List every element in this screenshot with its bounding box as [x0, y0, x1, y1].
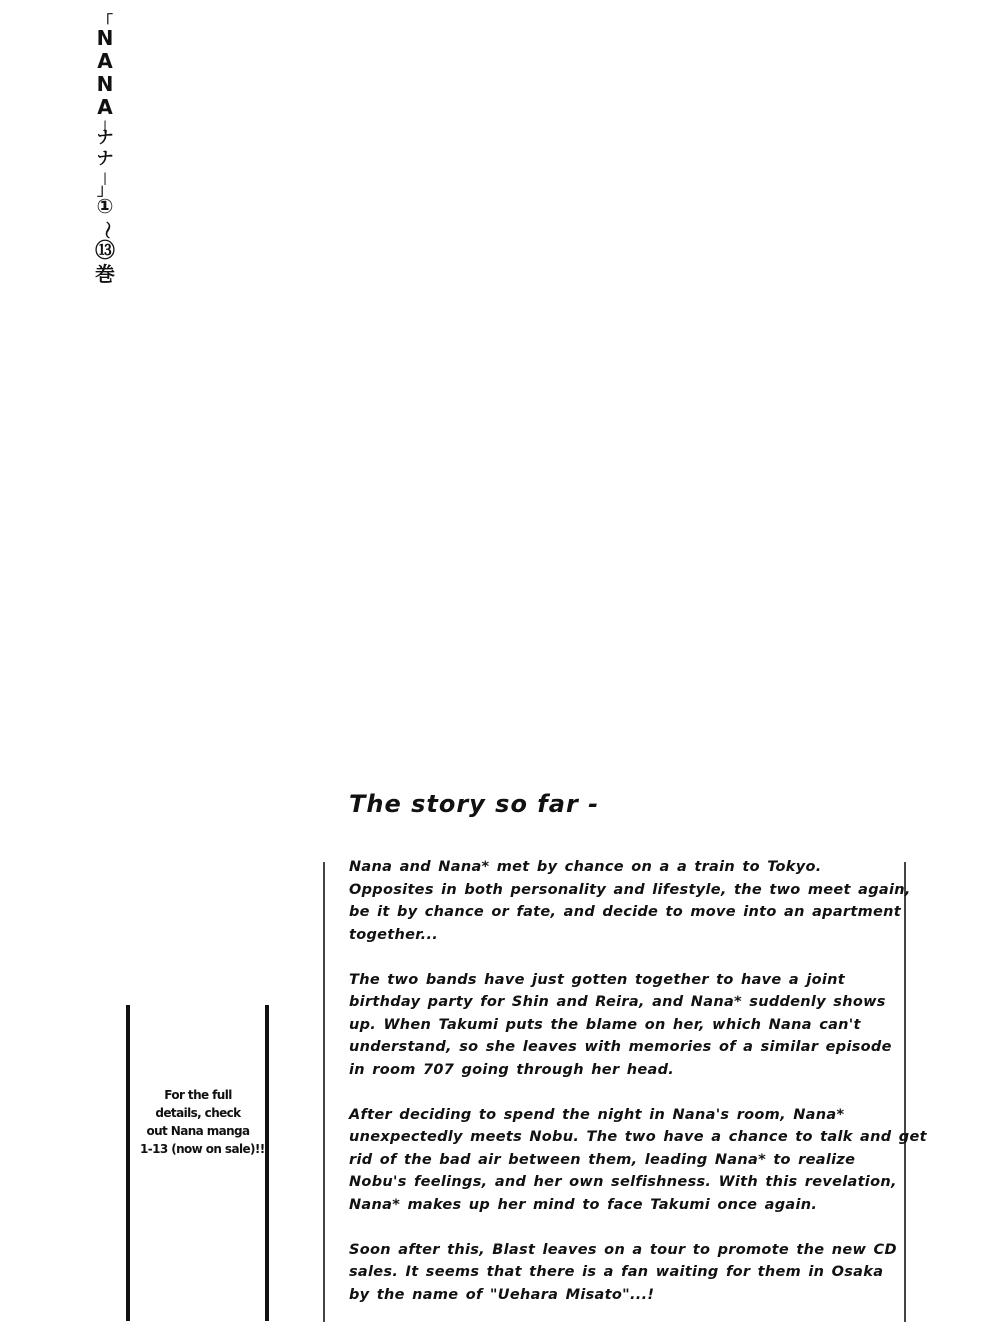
text-line: sales. It seems that there is a fan wait…	[349, 1261, 889, 1284]
story-paragraph: Nana and Nana* met by chance on a a trai…	[349, 856, 889, 946]
title-letter: N	[97, 74, 114, 97]
text-line: in room 707 going through her head.	[349, 1059, 889, 1082]
story-paragraph: The two bands have just gotten together …	[349, 969, 889, 1082]
text-line: For the full	[140, 1086, 256, 1104]
side-note-right-rule	[265, 1005, 269, 1321]
text-line: out Nana manga	[140, 1122, 256, 1140]
story-box-left-rule	[323, 862, 325, 1322]
text-line: be it by chance or fate, and decide to m…	[349, 901, 889, 924]
text-line: unexpectedly meets Nobu. The two have a …	[349, 1126, 889, 1149]
text-line: rid of the bad air between them, leading…	[349, 1149, 889, 1172]
text-line: Opposites in both personality and lifest…	[349, 879, 889, 902]
volume-end: ⑬	[95, 240, 115, 264]
title-letter: A	[97, 97, 112, 120]
story-paragraph: After deciding to spend the night in Nan…	[349, 1104, 889, 1217]
text-line: understand, so she leaves with memories …	[349, 1036, 889, 1059]
volume-range: 〜	[95, 221, 115, 239]
text-line: details, check	[140, 1104, 256, 1122]
text-line: 1-13 (now on sale)!!	[140, 1140, 256, 1158]
text-line: birthday party for Shin and Reira, and N…	[349, 991, 889, 1014]
volume-kanji: 巻	[95, 264, 115, 288]
text-line: After deciding to spend the night in Nan…	[349, 1104, 889, 1127]
side-note: For the full details, check out Nana man…	[140, 1086, 256, 1158]
story-heading: The story so far -	[349, 790, 599, 818]
text-line: Nana* makes up her mind to face Takumi o…	[349, 1194, 889, 1217]
title-kana: ナ	[97, 130, 114, 151]
text-line: Soon after this, Blast leaves on a tour …	[349, 1239, 889, 1262]
vertical-title: 「 N A N A | ナ ナ | 」 ① 〜 ⑬ 巻	[93, 14, 117, 288]
text-line: The two bands have just gotten together …	[349, 969, 889, 992]
text-line: up. When Takumi puts the blame on her, w…	[349, 1014, 889, 1037]
story-summary: Nana and Nana* met by chance on a a trai…	[349, 856, 889, 1329]
story-paragraph: Soon after this, Blast leaves on a tour …	[349, 1239, 889, 1307]
title-letter: A	[97, 51, 112, 74]
story-box-right-rule	[904, 862, 906, 1322]
title-kana: ナ	[97, 151, 114, 172]
side-note-left-rule	[126, 1005, 130, 1321]
text-line: Nobu's feelings, and her own selfishness…	[349, 1171, 889, 1194]
title-letter: N	[97, 28, 114, 51]
text-line: Nana and Nana* met by chance on a a trai…	[349, 856, 889, 879]
text-line: by the name of "Uehara Misato"...!	[349, 1284, 889, 1307]
volume-start: ①	[97, 196, 114, 220]
text-line: together...	[349, 924, 889, 947]
